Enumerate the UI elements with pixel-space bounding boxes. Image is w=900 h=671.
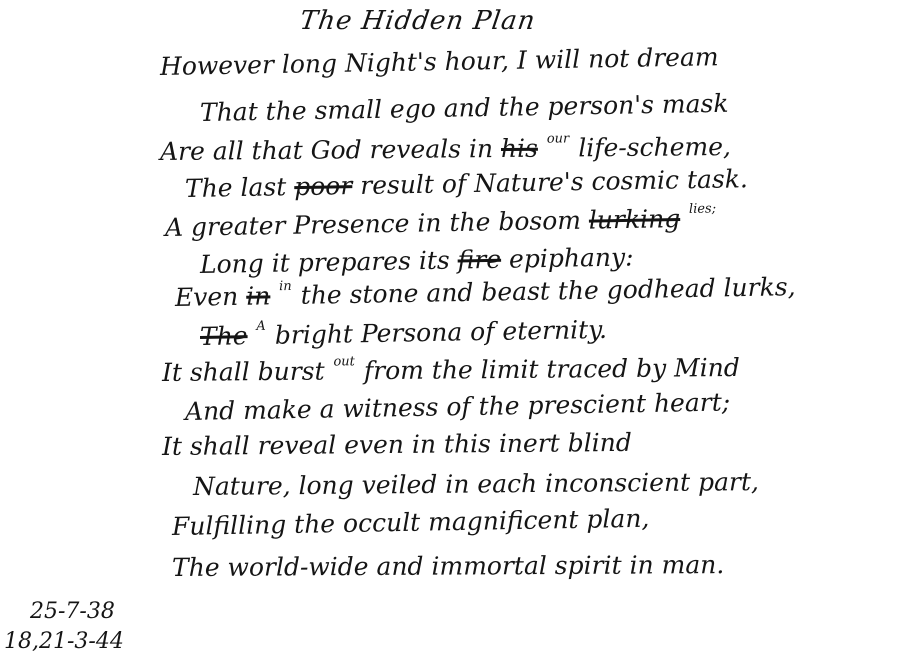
poem-line-5: A greater Presence in the bosom lurking …	[165, 203, 718, 242]
date-annotations: 25-7-38 18,21-3-44	[4, 597, 124, 657]
inserted-word: out	[333, 354, 355, 369]
line-text-continued: the stone and beast the godhead lurks,	[301, 272, 796, 310]
line-text: It shall burst	[162, 357, 325, 387]
poem-line-12: Nature, long veiled in each inconscient …	[193, 467, 759, 501]
poem-line-9: It shall burst out from the limit traced…	[162, 353, 740, 387]
inserted-word: in	[279, 279, 292, 294]
line-text: It shall reveal even in this inert blind	[162, 428, 632, 461]
line-text: Long it prepares its	[200, 246, 450, 279]
line-text: Even	[175, 282, 239, 312]
poem-line-6: Long it prepares its fire epiphany:	[200, 242, 634, 279]
line-text-continued: life-scheme,	[578, 132, 731, 162]
poem-line-3: Are all that God reveals in his our life…	[160, 132, 731, 166]
line-text-continued: bright Persona of eternity.	[275, 315, 608, 350]
struck-word: his	[501, 134, 538, 163]
struck-word: The	[200, 321, 248, 351]
line-text: The last	[185, 172, 287, 203]
poem-line-2: That the small ego and the person's mask	[200, 89, 729, 127]
line-text-continued: from the limit traced by Mind	[364, 353, 740, 385]
line-text: And make a witness of the prescient hear…	[185, 387, 731, 426]
poem-title: The Hidden Plan	[298, 6, 538, 36]
poem-line-7: Even in in the stone and beast the godhe…	[175, 272, 796, 312]
date-revision: 18,21-3-44	[4, 627, 124, 657]
line-text: A greater Presence in the bosom	[165, 206, 581, 242]
line-text: Fulfilling the occult magnificent plan,	[172, 504, 650, 541]
poem-line-10: And make a witness of the prescient hear…	[185, 387, 731, 426]
line-text: However long Night's hour, I will not dr…	[160, 42, 719, 81]
poem-line-13: Fulfilling the occult magnificent plan,	[172, 504, 650, 541]
date-first: 25-7-38	[4, 597, 124, 627]
inserted-word: A	[256, 319, 266, 334]
poem-line-11: It shall reveal even in this inert blind	[162, 428, 632, 461]
struck-word: lurking	[589, 204, 681, 235]
line-text: Nature, long veiled in each inconscient …	[193, 467, 759, 501]
line-text-continued: result of Nature's cosmic task.	[360, 164, 748, 200]
line-text: That the small ego and the person's mask	[200, 89, 729, 127]
poem-line-4: The last poor result of Nature's cosmic …	[185, 164, 748, 203]
manuscript-page: The Hidden Plan However long Night's hou…	[0, 0, 900, 671]
inserted-word: our	[547, 131, 570, 146]
inserted-word: lies;	[689, 201, 716, 216]
struck-word: in	[246, 281, 271, 310]
struck-word: fire	[457, 245, 501, 275]
line-text: The world-wide and immortal spirit in ma…	[172, 550, 724, 582]
poem-line-1: However long Night's hour, I will not dr…	[160, 42, 719, 81]
struck-word: poor	[294, 171, 353, 201]
poem-line-14: The world-wide and immortal spirit in ma…	[172, 550, 724, 582]
line-text: Are all that God reveals in	[160, 134, 493, 166]
poem-line-8: The A bright Persona of eternity.	[200, 315, 607, 351]
line-text-continued: epiphany:	[509, 242, 634, 273]
